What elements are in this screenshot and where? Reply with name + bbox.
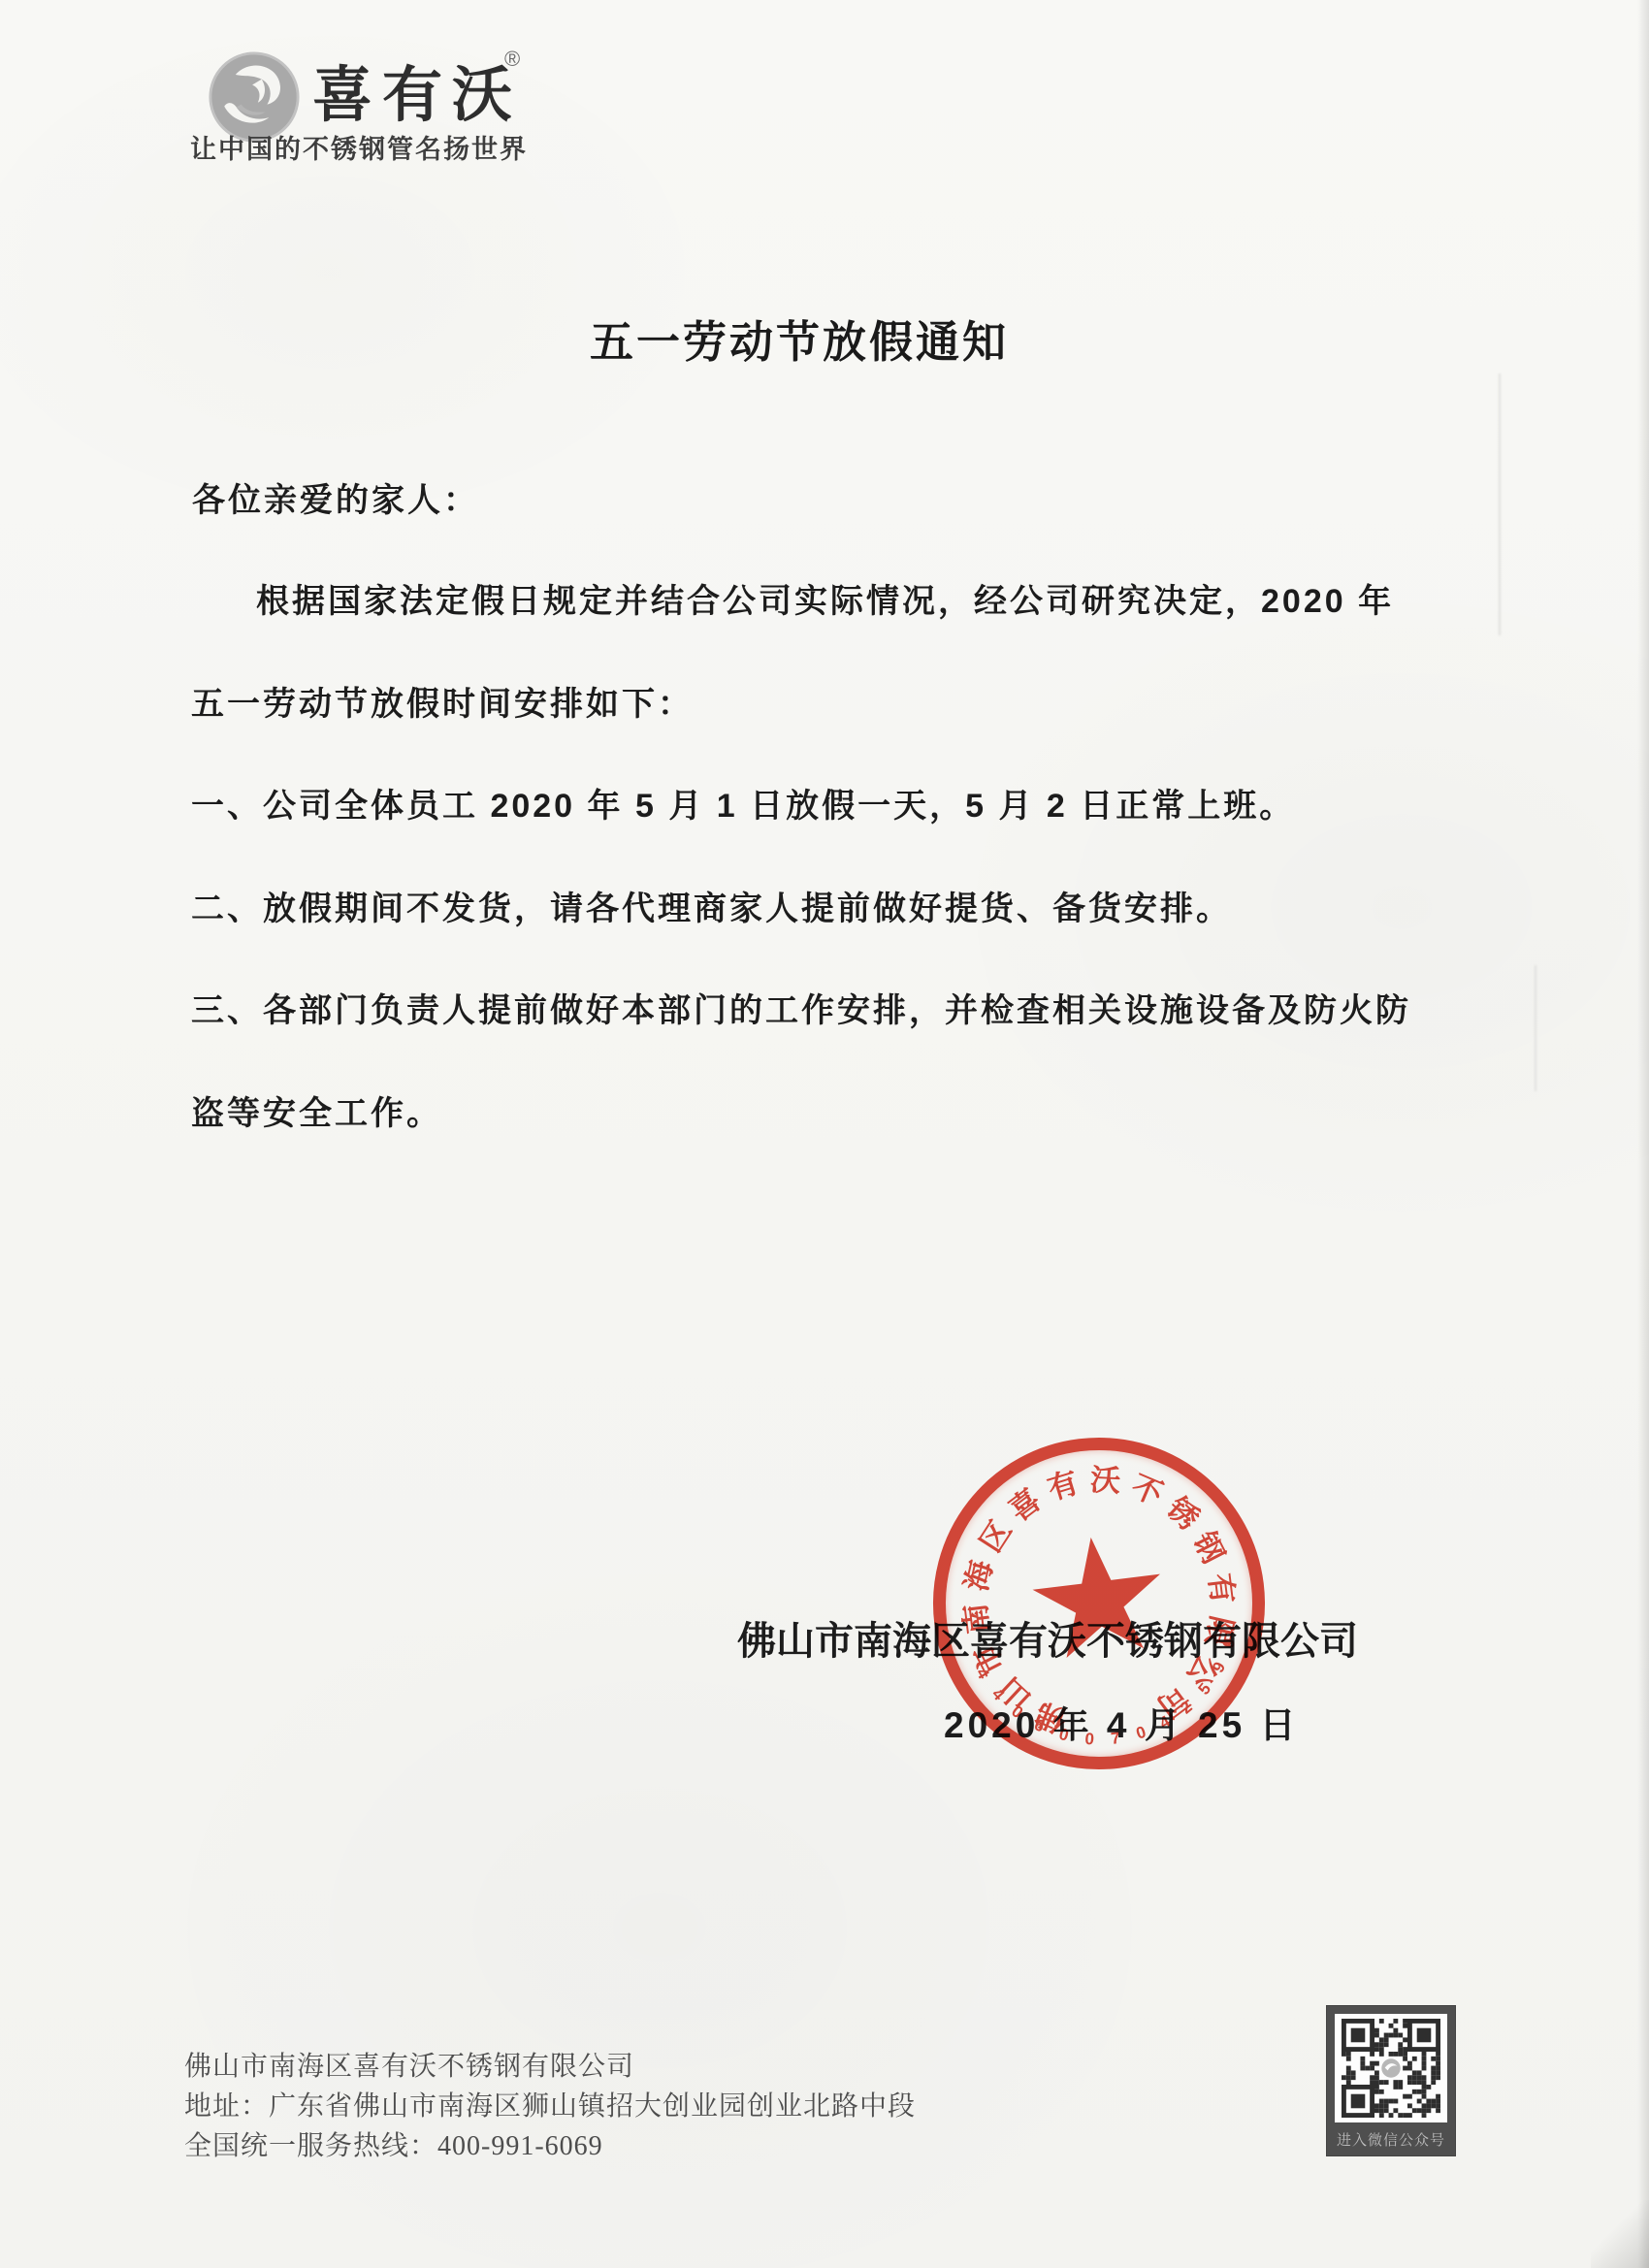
notice-item: 二、放假期间不发货，请各代理商家人提前做好提货、备货安排。 [191,882,1232,929]
notice-title: 五一劳动节放假通知 [590,307,1009,370]
company-seal: 佛山市南海区喜有沃不锈钢有限公司 4406007042590 [914,1418,1283,1788]
qr-label: 进入微信公众号 [1327,2129,1455,2150]
company-logo-text: 喜有沃 [312,47,522,133]
scan-edge-shadow [1637,0,1649,2268]
wechat-qr-block: 进入微信公众号 [1327,2006,1455,2155]
footer-hotline: 全国统一服务热线：400-991-6069 [184,2124,603,2163]
notice-item: 盗等安全工作。 [191,1086,442,1134]
qr-inner-panel [1335,2014,1447,2122]
scan-crease-artifact [1499,373,1501,635]
notice-document: 喜有沃 ® 让中国的不锈钢管名扬世界 五一劳动节放假通知 各位亲爱的家人： 根据… [0,0,1649,2268]
notice-greeting: 各位亲爱的家人： [192,473,479,521]
registered-trademark-icon: ® [504,47,520,72]
notice-item: 一、公司全体员工 2020 年 5 月 1 日放假一天，5 月 2 日正常上班。 [191,779,1295,826]
company-tagline: 让中国的不锈钢管名扬世界 [190,128,528,166]
notice-paragraph-line: 五一劳动节放假时间安排如下： [191,677,694,725]
wechat-qr-code [1342,2019,1440,2118]
scan-corner-shadow [1591,2200,1649,2268]
footer-address: 地址：广东省佛山市南海区狮山镇招大创业园创业北路中段 [184,2085,916,2123]
notice-paragraph-line: 根据国家法定假日规定并结合公司实际情况，经公司研究决定，2020 年 [256,574,1394,622]
notice-item: 三、各部门负责人提前做好本部门的工作安排，并检查相关设施设备及防火防 [191,984,1411,1031]
footer-company: 佛山市南海区喜有沃不锈钢有限公司 [184,2045,634,2084]
scan-crease-artifact [1535,965,1536,1091]
